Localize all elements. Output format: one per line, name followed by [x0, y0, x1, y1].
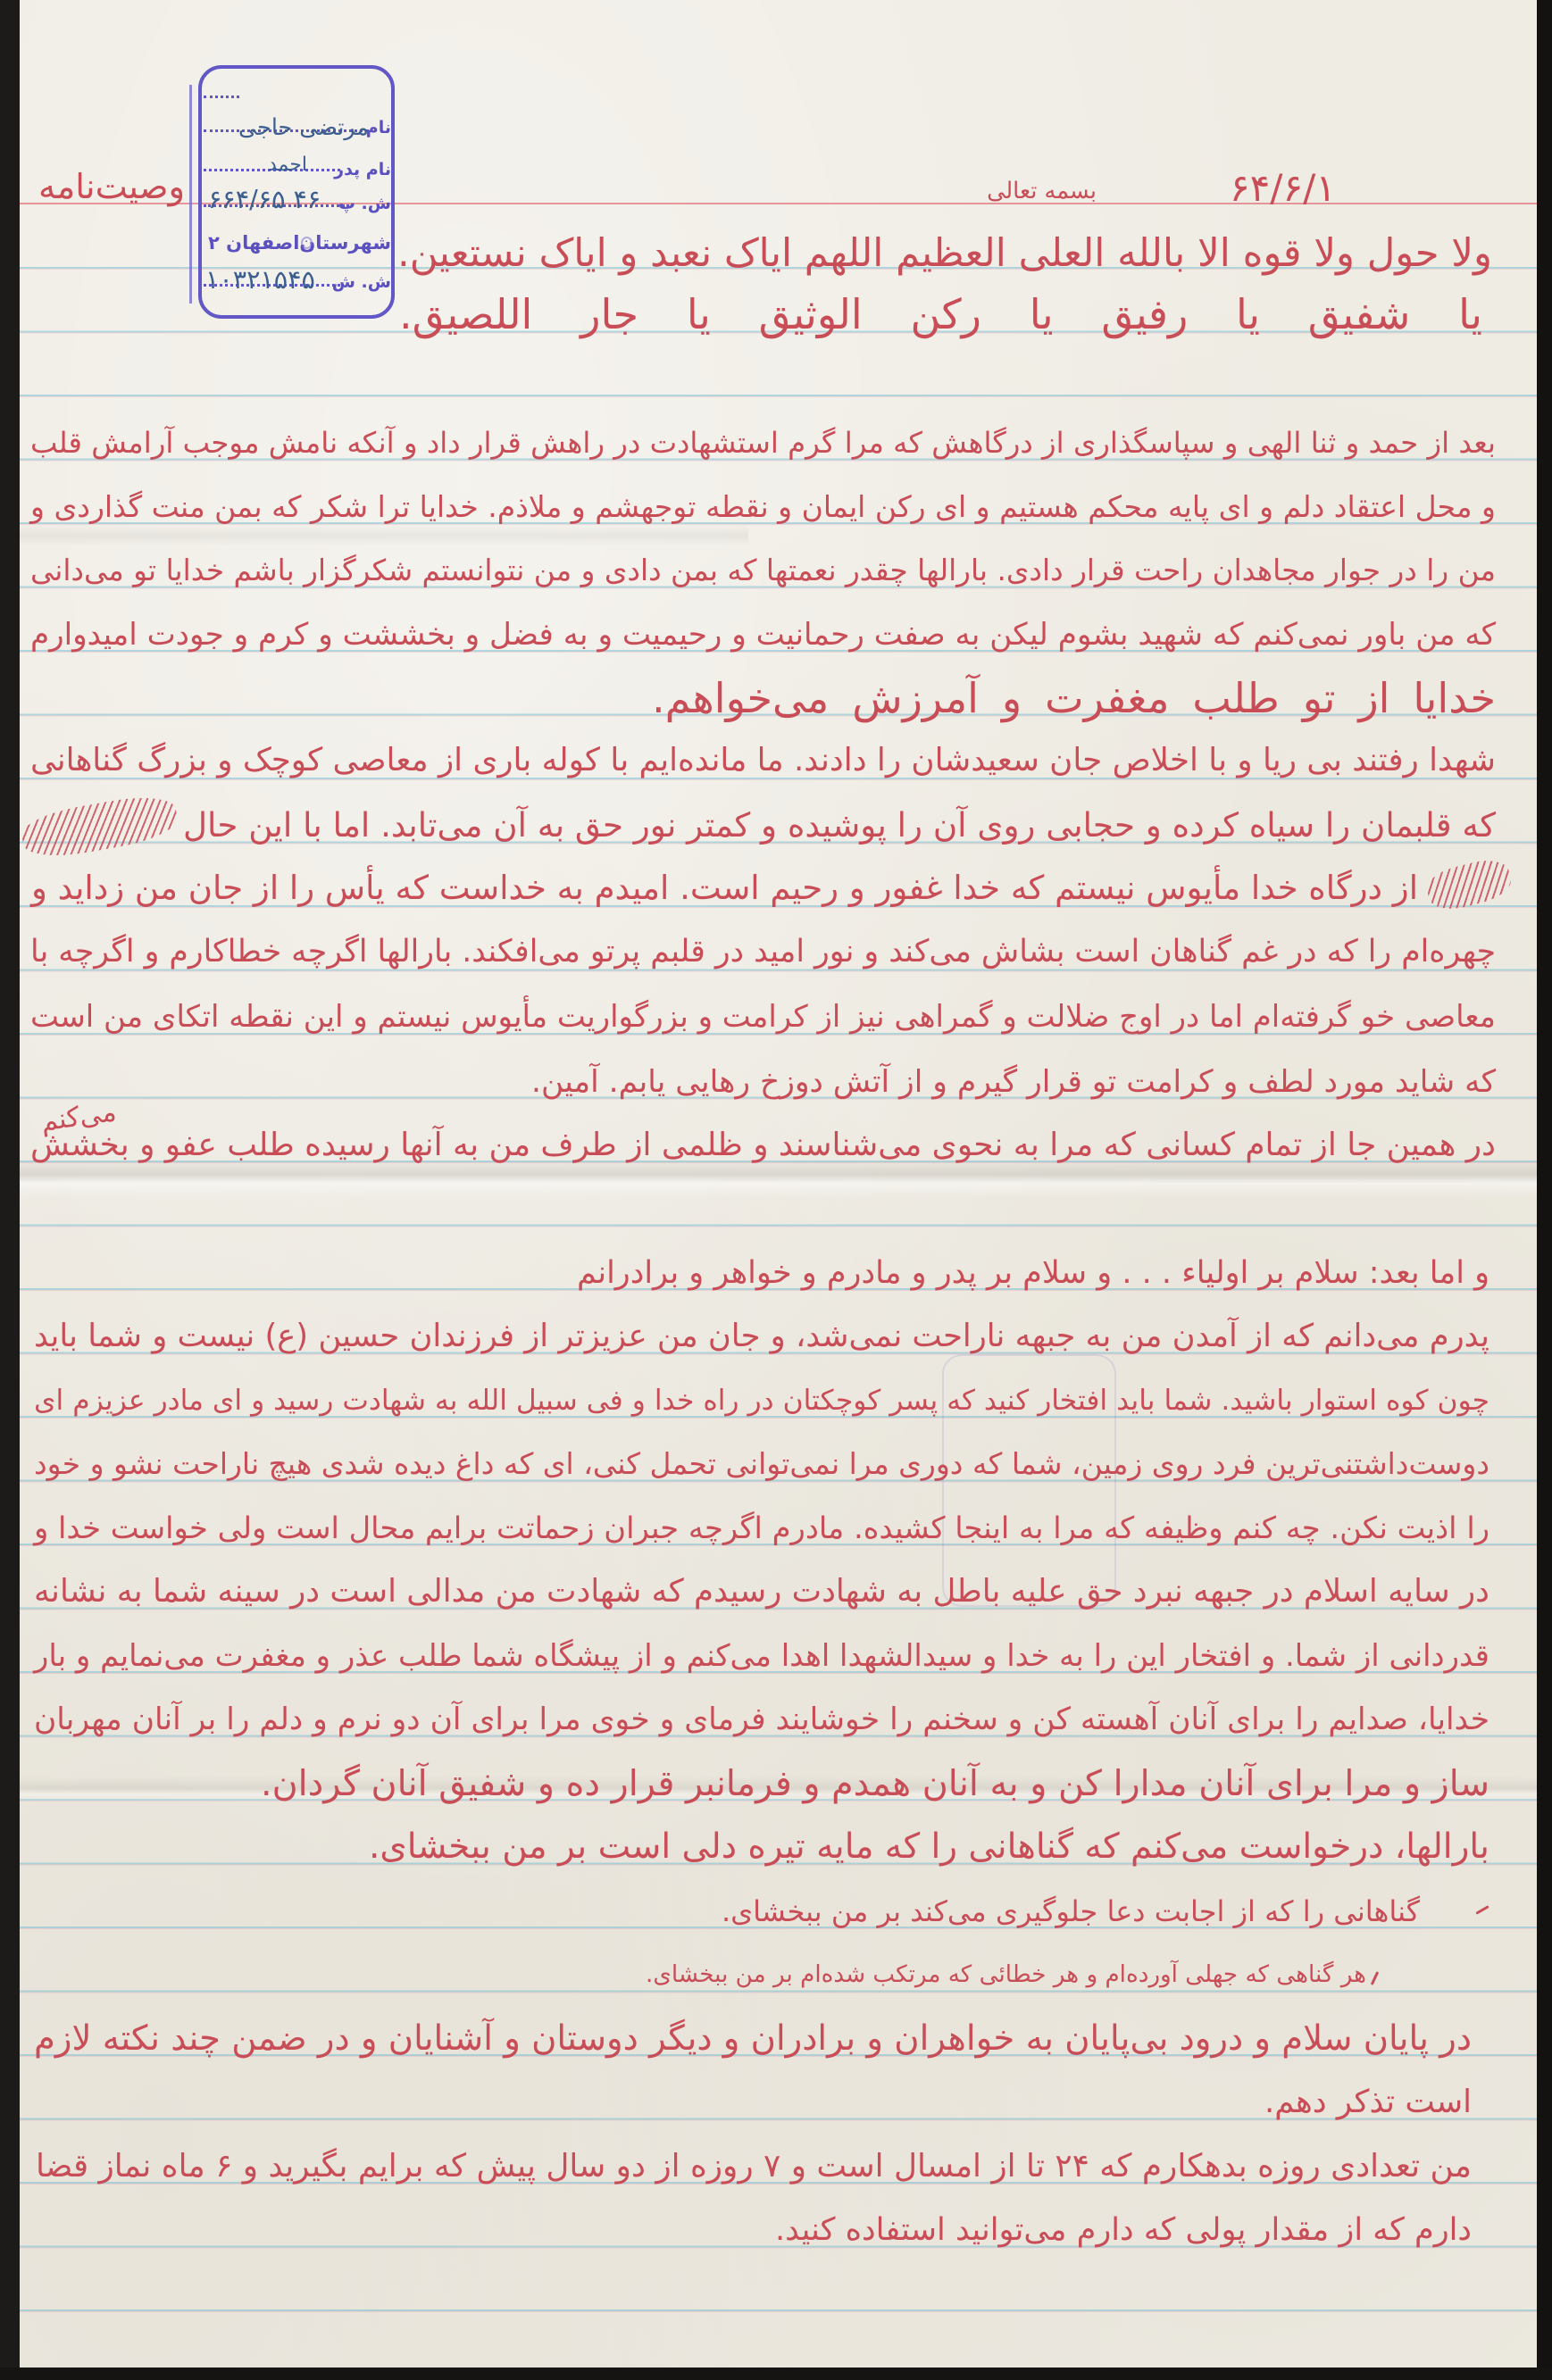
letter-line: از درگاه خدا مأیوس نیستم که خدا غفور و ر… [31, 861, 1418, 915]
letter-line: است تذکر دهم. [1264, 2076, 1472, 2129]
letter-line: و محل اعتقاد دلم و ای پایه محکم هستیم و … [30, 480, 1496, 534]
scan-border-bottom [0, 2368, 1552, 2380]
stamp-label-father-name: نام پدر [334, 158, 391, 181]
letter-line: چهره‌ام را که در غم گناهان است بشاش می‌ک… [30, 925, 1496, 978]
stamp-label-name: نام [366, 116, 391, 139]
letter-line: گناهانی را که از اجابت دعا جلوگیری می‌کن… [722, 1885, 1420, 1938]
letter-line: من را در جوار مجاهدان راحت قرار دادی. با… [30, 544, 1496, 597]
letter-line: در همین جا از تمام کسانی که مرا به نحوی … [30, 1119, 1496, 1172]
letter-line: و اما بعد: سلام بر اولیاء . . . و سلام ب… [577, 1246, 1489, 1300]
invocation-line: ولا حول ولا قوه الا بالله العلی العظیم ا… [397, 227, 1492, 280]
letter-line: قدردانی از شما. و افتخار این را به خدا و… [34, 1629, 1489, 1683]
stamp-value-city: اصفهان ۲ [208, 231, 299, 254]
stamp-outer-border [189, 85, 192, 304]
letter-line: دارم که از مقدار پولی که دارم می‌توانید … [775, 2203, 1472, 2257]
letter-line: هر گناهی که جهلی آورده‌ام و هر خطائی که … [646, 1948, 1366, 2001]
letter-line: که من باور نمی‌کنم که شهید بشوم لیکن به … [30, 608, 1496, 662]
stamp-label-city: شهرستان [299, 231, 391, 254]
stamp-value-name: مرتضی حاجی [238, 113, 369, 140]
letter-line: بعد از حمد و ثنا الهی و سپاسگذاری از درگ… [30, 416, 1496, 470]
basmala-heading: بسمه تعالی [987, 164, 1097, 218]
letter-line: معاصی خو گرفته‌ام اما در اوج ضلالت و گمر… [30, 990, 1496, 1044]
iran-emblem-icon [301, 237, 313, 249]
letter-line: پدرم می‌دانم که از آمدن من به جبهه ناراح… [34, 1310, 1489, 1363]
letter-line: خدایا از تو طلب مغفرت و آمرزش می‌خواهم. [652, 671, 1496, 725]
stamp-value-father-name: احمد [268, 152, 307, 179]
scan-border-left [0, 0, 20, 2380]
letter-line: بارالها، درخواست می‌کنم که گناهانی را که… [369, 1820, 1489, 1874]
identity-stamp: نام مرتضی حاجی نام پدر احمد ش. پ ۶۶۴/۶۵ … [198, 65, 395, 319]
stamp-value-file-number: ۶۶۴/۶۵ ۴۶ [208, 186, 344, 212]
letter-line: در پایان سلام و درود بی‌پایان به خواهران… [34, 2012, 1472, 2066]
stamp-label-file-number: ش. پ [338, 192, 391, 215]
scanned-letter-page: وصیت‌نامه بسمه تعالی ۶۴/۶/۱ ولا حول ولا … [0, 0, 1552, 2380]
dotted-leader [204, 96, 239, 98]
will-title: وصیت‌نامه [38, 161, 185, 214]
stamp-label-id-number: ش. ش [332, 270, 391, 294]
invocation-line: یا شفیق یا رفیق یا رکن الوثیق یا جار الل… [399, 287, 1482, 341]
letter-line: شهدا رفتند بی ریا و با اخلاص جان سعیدشان… [30, 734, 1496, 787]
letter-line: در سایه اسلام در جبهه نبرد حق علیه باطل … [34, 1565, 1489, 1619]
letter-line: من تعدادی روزه بدهکارم که ۲۴ تا از امسال… [36, 2140, 1472, 2193]
letter-line: را اذیت نکن. چه کنم وظیفه که مرا به اینج… [34, 1502, 1489, 1555]
letter-line: چون کوه استوار باشید. شما باید افتخار کن… [34, 1374, 1489, 1427]
letter-line: که شاید مورد لطف و کرامت تو قرار گیرم و … [531, 1055, 1496, 1109]
letter-date: ۶۴/۶/۱ [1230, 162, 1336, 215]
scan-border-right [1537, 0, 1552, 2380]
letter-line: خدایا، صدایم را برای آنان آهسته کن و سخن… [34, 1693, 1489, 1746]
stamp-value-id-number: ۱۰۳۲۱۵۴۵ [205, 266, 339, 293]
letter-line: ساز و مرا برای آنان مدارا کن و به آنان ه… [261, 1757, 1489, 1810]
letter-line: دوست‌داشتنی‌ترین فرد روی زمین، شما که دو… [34, 1437, 1489, 1491]
letter-line: که قلبمان را سیاه کرده و حجابی روی آن را… [183, 798, 1496, 852]
